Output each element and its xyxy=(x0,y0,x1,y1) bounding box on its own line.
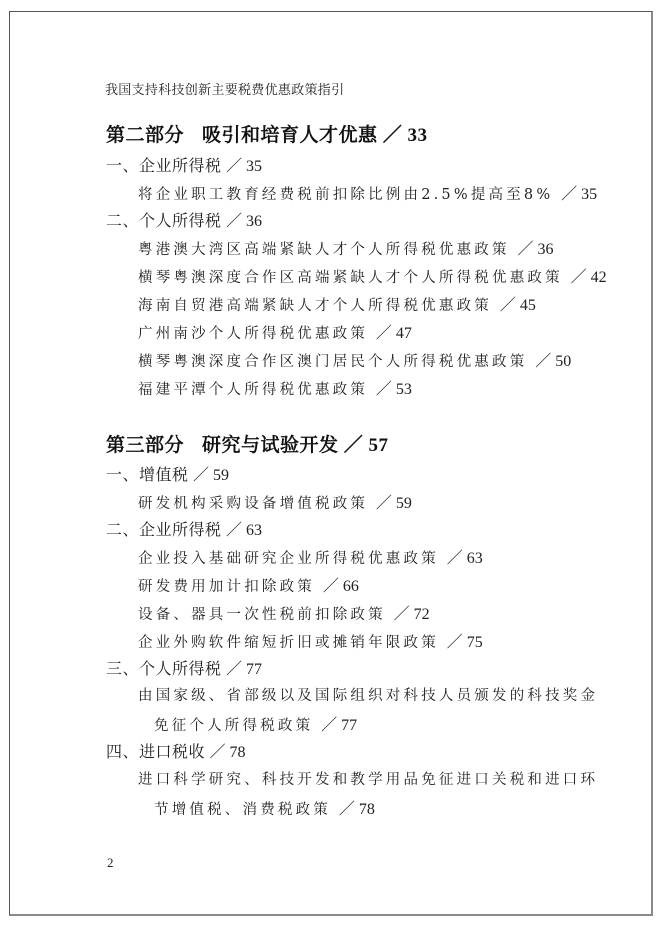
item-text: 横琴粤澳深度合作区高端紧缺人才个人所得税优惠政策 xyxy=(138,270,563,286)
item-text: 设备、器具一次性税前扣除政策 xyxy=(138,607,386,623)
item-text: 研发费用加计扣除政策 xyxy=(138,579,315,595)
toc-item[interactable]: 横琴粤澳深度合作区高端紧缺人才个人所得税优惠政策 ／ 42 xyxy=(138,264,607,287)
item-page: ／ 45 xyxy=(500,297,536,314)
toc-item[interactable]: 设备、器具一次性税前扣除政策 ／ 72 xyxy=(138,601,430,624)
item-page: ／ 75 xyxy=(447,634,483,651)
running-header: 我国支持科技创新主要税费优惠政策指引 xyxy=(105,79,344,98)
item-page: ／ 59 xyxy=(376,495,412,512)
item-page: ／ 35 xyxy=(561,186,597,203)
toc-item-continuation[interactable]: 免征个人所得税政策 ／ 77 xyxy=(154,712,357,735)
item-page: ／ 63 xyxy=(447,550,483,567)
toc-item[interactable]: 进口科学研究、科技开发和教学用品免征进口关税和进口环 xyxy=(138,768,598,789)
item-text: 进口科学研究、科技开发和教学用品免征进口关税和进口环 xyxy=(138,772,598,788)
item-page: ／ 50 xyxy=(535,353,571,370)
toc-item[interactable]: 将企业职工教育经费税前扣除比例由2.5%提高至8% ／ 35 xyxy=(138,181,597,204)
item-text: 海南自贸港高端紧缺人才个人所得税优惠政策 xyxy=(138,298,492,314)
section-page: ／ 77 xyxy=(226,661,262,678)
item-text: 将企业职工教育经费税前扣除比例由2.5%提高至8% xyxy=(138,187,553,203)
section-page: ／ 36 xyxy=(226,213,262,230)
toc-item[interactable]: 横琴粤澳深度合作区澳门居民个人所得税优惠政策 ／ 50 xyxy=(138,348,571,371)
page-number: 2 xyxy=(107,855,114,871)
item-page: ／ 36 xyxy=(518,241,554,258)
section-page: ／ 35 xyxy=(226,158,262,175)
part-title: 研究与试验开发 xyxy=(202,435,339,456)
toc-section[interactable]: 一、增值税 ／ 59 xyxy=(106,462,229,485)
toc-item[interactable]: 广州南沙个人所得税优惠政策 ／ 47 xyxy=(138,320,412,343)
section-label: 二、个人所得税 xyxy=(106,213,222,230)
section-page: ／ 59 xyxy=(193,467,229,484)
toc-item[interactable]: 粤港澳大湾区高端紧缺人才个人所得税优惠政策 ／ 36 xyxy=(138,236,554,259)
section-label: 四、进口税收 xyxy=(106,744,205,761)
toc-item[interactable]: 企业外购软件缩短折旧或摊销年限政策 ／ 75 xyxy=(138,629,483,652)
section-label: 一、增值税 xyxy=(106,467,189,484)
item-page: ／ 78 xyxy=(339,801,375,818)
item-page: ／ 42 xyxy=(571,269,607,286)
item-text: 福建平潭个人所得税优惠政策 xyxy=(138,382,368,398)
section-label: 二、企业所得税 xyxy=(106,522,222,539)
item-text: 由国家级、省部级以及国际组织对科技人员颁发的科技奖金 xyxy=(138,688,598,704)
toc-item[interactable]: 海南自贸港高端紧缺人才个人所得税优惠政策 ／ 45 xyxy=(138,292,536,315)
toc-section[interactable]: 三、个人所得税 ／ 77 xyxy=(106,656,262,679)
item-page: ／ 47 xyxy=(376,325,412,342)
part-page: ／ 57 xyxy=(344,435,389,456)
toc-section[interactable]: 二、企业所得税 ／ 63 xyxy=(106,517,262,540)
item-text-continuation: 免征个人所得税政策 xyxy=(154,718,313,734)
toc-item[interactable]: 企业投入基础研究企业所得税优惠政策 ／ 63 xyxy=(138,545,483,568)
item-text: 企业外购软件缩短折旧或摊销年限政策 xyxy=(138,635,439,651)
toc-item[interactable]: 研发费用加计扣除政策 ／ 66 xyxy=(138,573,359,596)
toc-item-continuation[interactable]: 节增值税、消费税政策 ／ 78 xyxy=(154,796,375,819)
item-page: ／ 53 xyxy=(376,381,412,398)
item-text: 广州南沙个人所得税优惠政策 xyxy=(138,326,368,342)
item-text-continuation: 节增值税、消费税政策 xyxy=(154,802,331,818)
part-label: 第三部分 xyxy=(106,435,184,456)
section-page: ／ 78 xyxy=(210,744,246,761)
item-page: ／ 77 xyxy=(321,717,357,734)
toc-section[interactable]: 一、企业所得税 ／ 35 xyxy=(106,153,262,176)
toc-item[interactable]: 福建平潭个人所得税优惠政策 ／ 53 xyxy=(138,376,412,399)
section-page: ／ 63 xyxy=(226,522,262,539)
toc-section[interactable]: 四、进口税收 ／ 78 xyxy=(106,739,246,762)
item-page: ／ 66 xyxy=(323,578,359,595)
item-text: 横琴粤澳深度合作区澳门居民个人所得税优惠政策 xyxy=(138,354,527,370)
item-page: ／ 72 xyxy=(394,606,430,623)
part-page: ／ 33 xyxy=(383,125,428,146)
item-text: 研发机构采购设备增值税政策 xyxy=(138,496,368,512)
toc-part-heading[interactable]: 第三部分研究与试验开发 ／ 57 xyxy=(106,430,389,457)
toc-item[interactable]: 研发机构采购设备增值税政策 ／ 59 xyxy=(138,490,412,513)
section-label: 三、个人所得税 xyxy=(106,661,222,678)
toc-item[interactable]: 由国家级、省部级以及国际组织对科技人员颁发的科技奖金 xyxy=(138,684,598,705)
section-label: 一、企业所得税 xyxy=(106,158,222,175)
item-text: 企业投入基础研究企业所得税优惠政策 xyxy=(138,551,439,567)
toc-section[interactable]: 二、个人所得税 ／ 36 xyxy=(106,208,262,231)
part-label: 第二部分 xyxy=(106,125,184,146)
toc-part-heading[interactable]: 第二部分吸引和培育人才优惠 ／ 33 xyxy=(106,120,428,147)
item-text: 粤港澳大湾区高端紧缺人才个人所得税优惠政策 xyxy=(138,242,510,258)
part-title: 吸引和培育人才优惠 xyxy=(202,125,378,146)
